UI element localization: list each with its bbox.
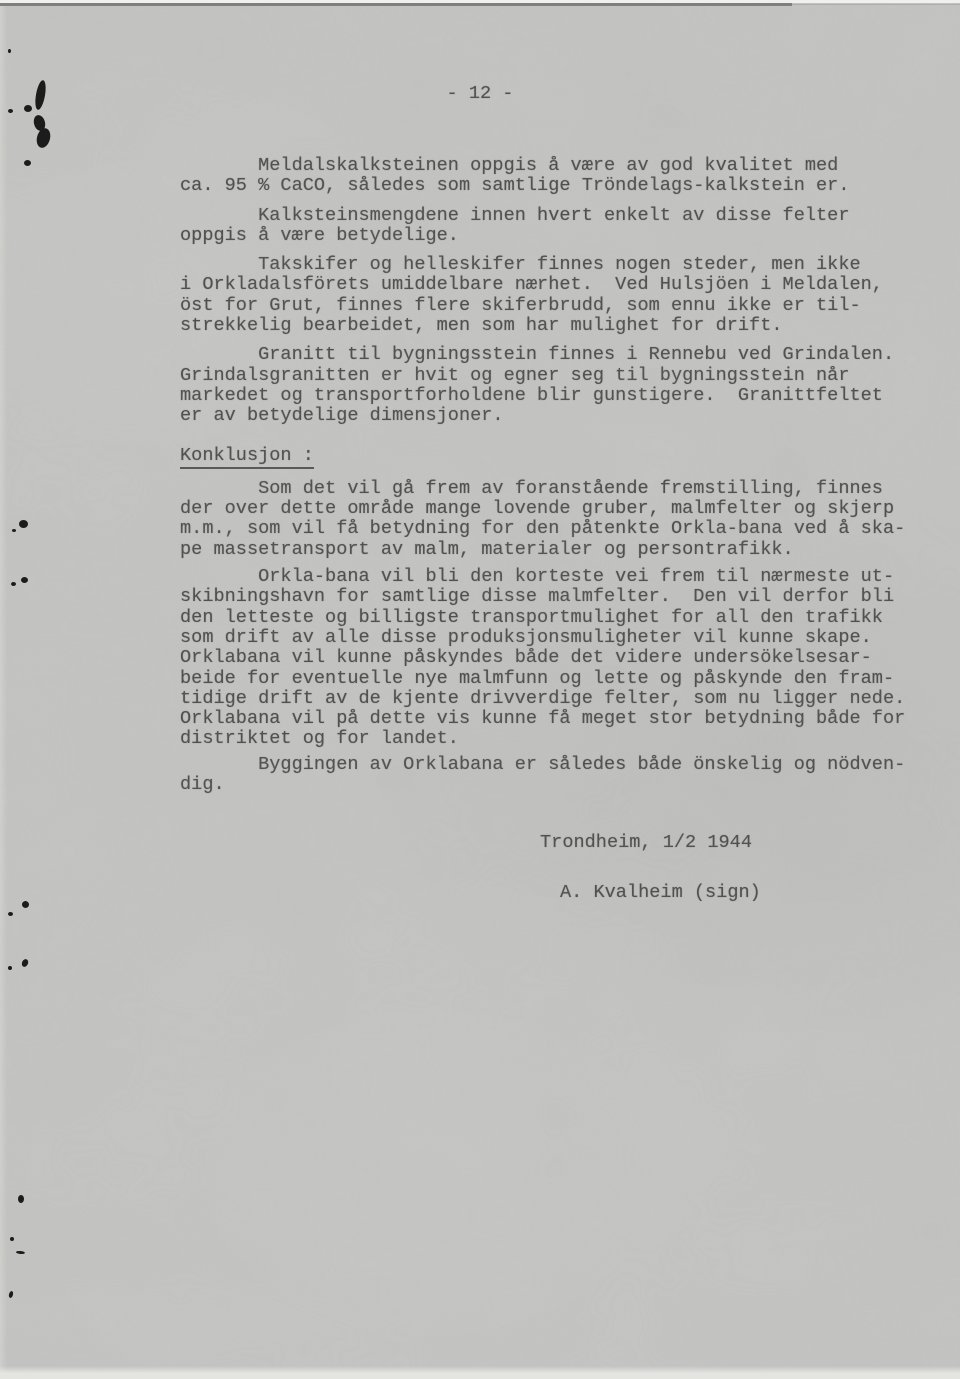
paragraph-granitt: Granitt til bygningsstein finnes i Renne… (180, 345, 940, 426)
ink-speck (21, 958, 30, 968)
heading-konklusjon: Konklusjon : (180, 446, 940, 466)
paragraph-konklusjon-intro: Som det vil gå frem av foranstående frem… (180, 479, 940, 560)
ink-speck (19, 520, 28, 528)
ink-speck (8, 109, 13, 113)
text-line: skibningshavn for samtlige disse malmfel… (180, 587, 940, 607)
ink-speck (12, 529, 16, 532)
text-line: den letteste og billigste transportmulig… (180, 608, 940, 628)
text-line: ca. 95 % CaCO, således som samtlige Trön… (180, 176, 940, 196)
paragraph-kalksteinsmengder: Kalksteinsmengdene innen hvert enkelt av… (180, 206, 940, 247)
scan-bottom-edge (0, 1366, 960, 1379)
text-line: dig. (180, 775, 940, 795)
text-line: distriktet og for landet. (180, 729, 940, 749)
text-line: Meldalskalksteinen oppgis å være av god … (180, 156, 940, 176)
text-line: oppgis å være betydelige. (180, 226, 940, 246)
ink-speck (24, 160, 31, 166)
scan-top-edge-line (0, 3, 792, 6)
text-line: som drift av alle disse produksjonsmulig… (180, 628, 940, 648)
signature-place-date: Trondheim, 1/2 1944 (540, 833, 752, 853)
document-body: Meldalskalksteinen oppgis å være av god … (180, 156, 940, 795)
scan-left-edge (0, 0, 7, 1379)
paragraph-bygging: Byggingen av Orklabana er således både ö… (180, 755, 940, 796)
text-line: tidige drift av de kjente drivverdige fe… (180, 689, 940, 709)
text-line: strekkelig bearbeidet, men som har mulig… (180, 316, 940, 336)
text-line: m.m., som vil få betydning for den påten… (180, 519, 940, 539)
ink-speck (10, 1237, 14, 1241)
ink-speck (16, 1251, 25, 1255)
ink-speck (18, 1195, 24, 1203)
paragraph-takskifer: Takskifer og helleskifer finnes nogen st… (180, 255, 940, 336)
text-line: Byggingen av Orklabana er således både ö… (180, 755, 940, 775)
scanned-document-page: - 12 - Meldalskalksteinen oppgis å være … (0, 0, 960, 1379)
text-line: pe massetransport av malm, materialer og… (180, 540, 940, 560)
text-line: er av betydelige dimensjoner. (180, 406, 940, 426)
text-line: der over dette område mange lovende grub… (180, 499, 940, 519)
paragraph-meldalskalkstein: Meldalskalksteinen oppgis å være av god … (180, 156, 940, 197)
text-line: Kalksteinsmengdene innen hvert enkelt av… (180, 206, 940, 226)
text-line: Takskifer og helleskifer finnes nogen st… (180, 255, 940, 275)
text-line: Orklabana vil kunne påskyndes både det v… (180, 648, 940, 668)
text-line: Orklabana vil på dette vis kunne få mege… (180, 709, 940, 729)
ink-speck (8, 966, 12, 970)
ink-speck (21, 577, 28, 583)
ink-speck (8, 1291, 14, 1299)
signature-name: A. Kvalheim (sign) (560, 883, 761, 903)
ink-speck (21, 900, 30, 909)
text-line: öst for Grut, finnes flere skiferbrudd, … (180, 296, 940, 316)
page-number: - 12 - (0, 84, 960, 104)
text-line: Grindalsgranitten er hvit og egner seg t… (180, 366, 940, 386)
text-line: Som det vil gå frem av foranstående frem… (180, 479, 940, 499)
text-line: markedet og transportforholdene blir gun… (180, 386, 940, 406)
ink-speck (24, 105, 32, 112)
text-line: Orkla-bana vil bli den korteste vei frem… (180, 567, 940, 587)
paragraph-orklabana: Orkla-bana vil bli den korteste vei frem… (180, 567, 940, 750)
ink-speck (8, 49, 11, 53)
text-line: Granitt til bygningsstein finnes i Renne… (180, 345, 940, 365)
ink-speck (11, 582, 16, 586)
text-line: i Orkladalsförets umiddelbare nærhet. Ve… (180, 275, 940, 295)
heading-konklusjon-label: Konklusjon : (180, 445, 314, 469)
scan-top-edge-line-faint (792, 4, 960, 5)
text-line: beide for eventuelle nye malmfunn og let… (180, 669, 940, 689)
ink-speck (8, 912, 13, 916)
